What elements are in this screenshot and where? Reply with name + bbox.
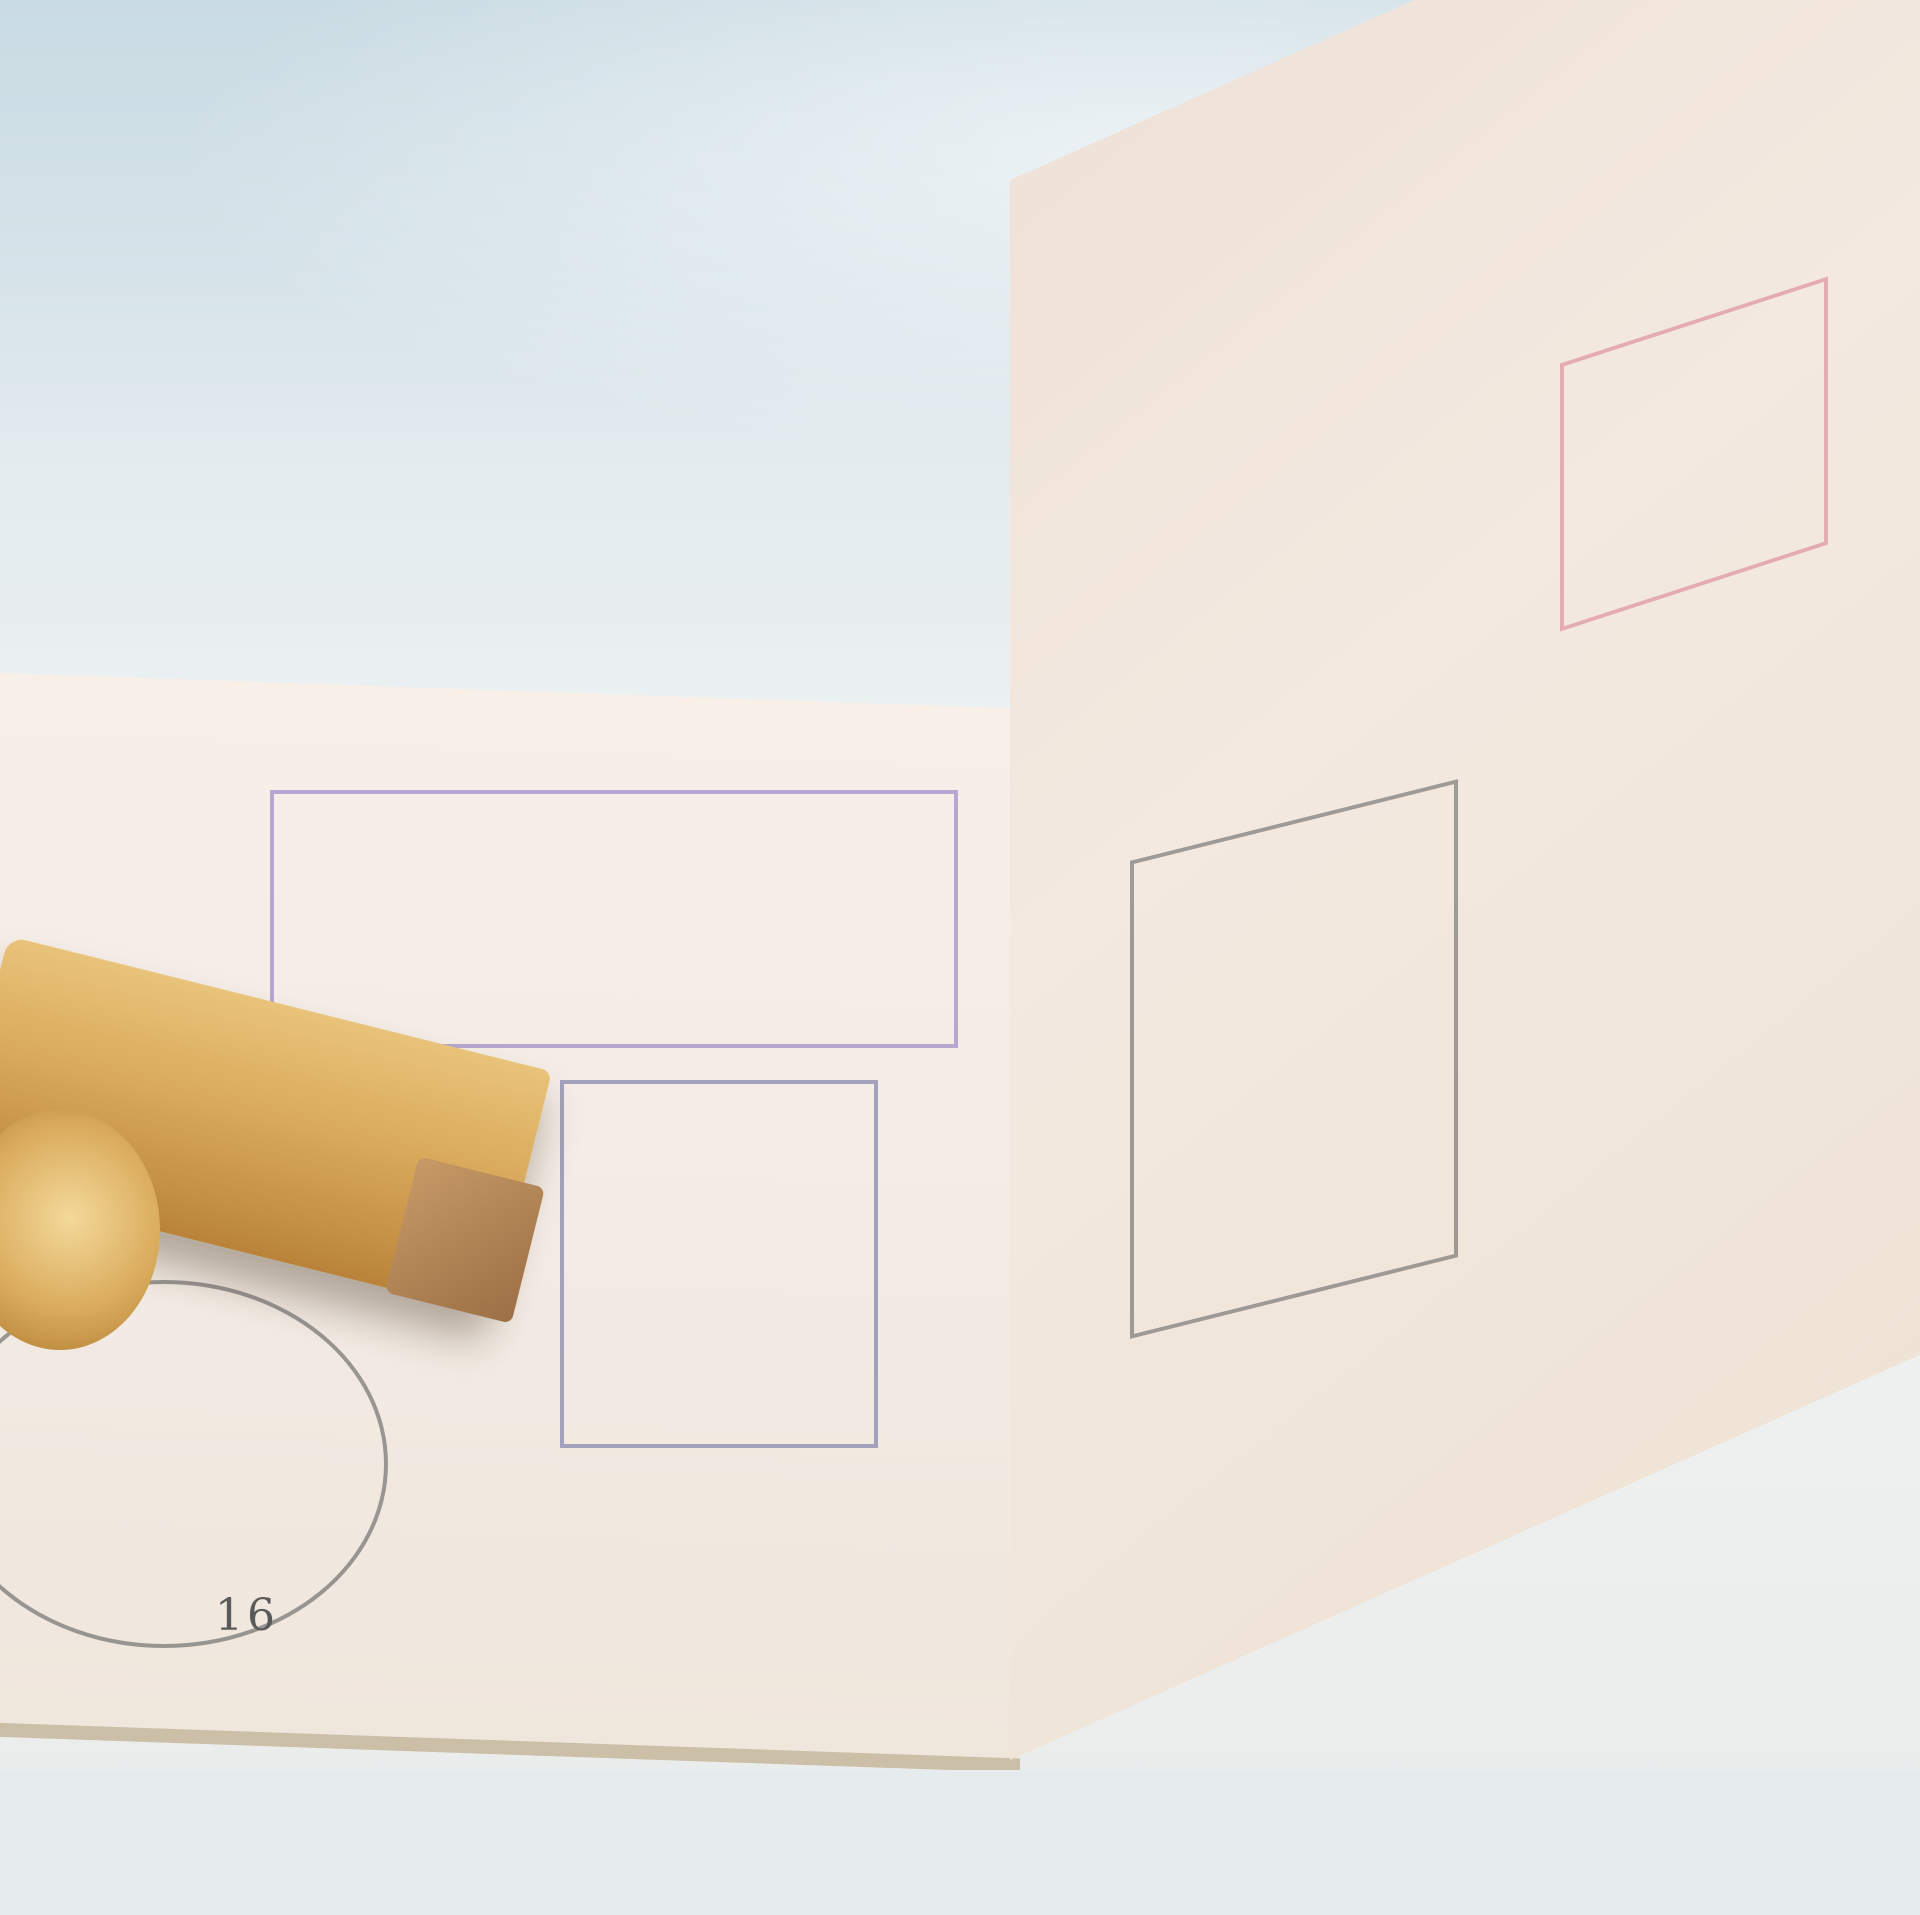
table-surface (0, 1770, 1920, 1915)
gray-entry-stamp (1130, 779, 1458, 1339)
blue-entry-stamp (560, 1080, 878, 1448)
violet-visa-stamp (270, 790, 958, 1048)
page-number: 16 (215, 1590, 279, 1641)
